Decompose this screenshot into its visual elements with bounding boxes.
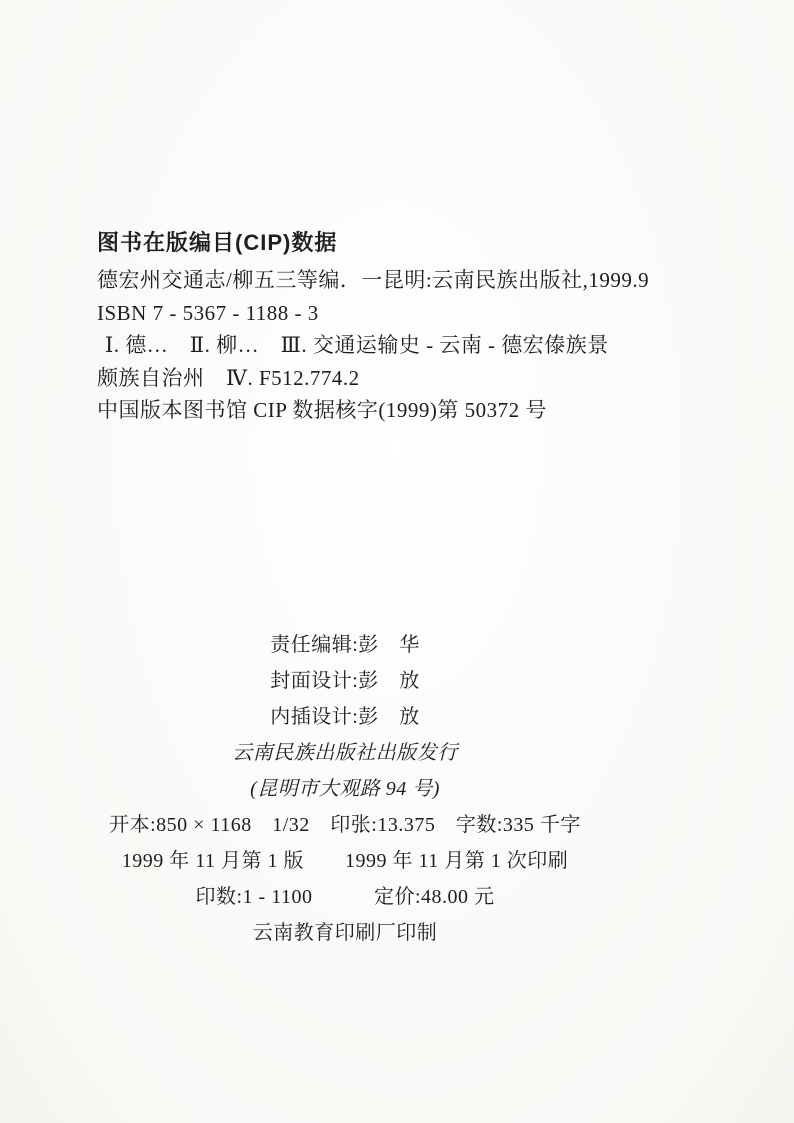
colophon-block: 责任编辑:彭 华 封面设计:彭 放 内插设计:彭 放 云南民族出版社出版发行 (… bbox=[95, 627, 595, 951]
printer-line: 云南教育印刷厂印制 bbox=[95, 915, 595, 951]
credit-line-cover-design: 封面设计:彭 放 bbox=[95, 663, 595, 699]
cip-classification-line-2: 颇族自治州 Ⅳ. F512.774.2 bbox=[97, 362, 657, 395]
cip-title-line: 德宏州交通志/柳五三等编．一昆明:云南民族出版社,1999.9 bbox=[97, 264, 657, 297]
cip-classification-line-1: Ⅰ. 德… Ⅱ. 柳… Ⅲ. 交通运输史 - 云南 - 德宏傣族景 bbox=[97, 329, 657, 362]
cip-record-number-line: 中国版本图书馆 CIP 数据核字(1999)第 50372 号 bbox=[97, 394, 657, 427]
credit-line-inner-design: 内插设计:彭 放 bbox=[95, 699, 595, 735]
book-page: 图书在版编目(CIP)数据 德宏州交通志/柳五三等编．一昆明:云南民族出版社,1… bbox=[0, 0, 794, 1123]
printrun-price-line: 印数:1 - 1100 定价:48.00 元 bbox=[95, 879, 595, 915]
cip-isbn-line: ISBN 7 - 5367 - 1188 - 3 bbox=[97, 297, 657, 330]
edition-line: 1999 年 11 月第 1 版 1999 年 11 月第 1 次印刷 bbox=[95, 843, 595, 879]
cip-block: 图书在版编目(CIP)数据 德宏州交通志/柳五三等编．一昆明:云南民族出版社,1… bbox=[97, 226, 657, 427]
publisher-address-line: (昆明市大观路 94 号) bbox=[95, 771, 595, 807]
cip-heading: 图书在版编目(CIP)数据 bbox=[97, 226, 657, 260]
credit-line-responsible-editor: 责任编辑:彭 华 bbox=[95, 627, 595, 663]
format-line: 开本:850 × 1168 1/32 印张:13.375 字数:335 千字 bbox=[95, 807, 595, 843]
publisher-line: 云南民族出版社出版发行 bbox=[95, 735, 595, 771]
